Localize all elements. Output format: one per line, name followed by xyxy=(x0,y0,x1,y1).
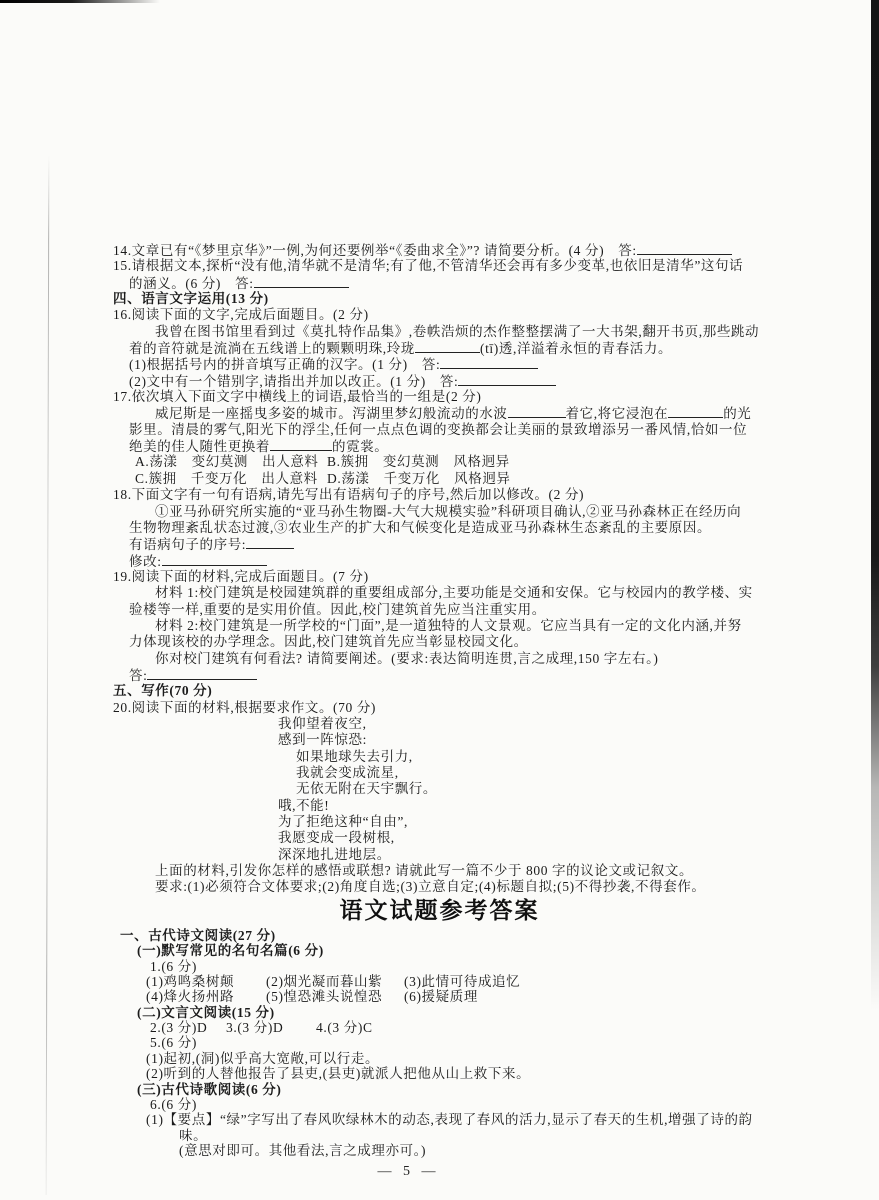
text-segment: 18.下面文字有一句有语病,请先写出有语病句子的序号,然后加以修改。(2 分) xyxy=(113,487,584,502)
text-segment: 15.请根据文本,探析“没有他,清华就不是清华;有了他,不管清华还会再有多少变革… xyxy=(113,258,743,273)
q20-poem-7: 为了拒绝这种“自由”, xyxy=(0,814,879,830)
text-segment: 我愿变成一段树根, xyxy=(278,830,395,845)
text-segment: (4)烽火扬州路 xyxy=(146,989,266,1004)
text-segment: (一)默写常见的名句名篇(6 分) xyxy=(137,943,324,958)
q16-passage-2: 着的音符就是流淌在五线谱上的颗颗明珠,玲珑(tī)透,洋溢着永恒的青春活力。 xyxy=(0,340,879,356)
text-segment: 哦,不能! xyxy=(278,798,329,813)
text-segment: D.荡漾 千变万化 风格迥异 xyxy=(327,471,511,486)
q17-options-ab: A.荡漾 变幻莫测 出人意料B.簇拥 变幻莫测 风格迥异 xyxy=(0,454,879,470)
text-segment: (5)惶恐滩头说惶恐 xyxy=(266,989,404,1004)
answers-part2-heading: (二)文言文阅读(15 分) xyxy=(0,1005,879,1020)
text-segment: (3)此情可待成追忆 xyxy=(404,974,520,989)
q20-poem-8: 我愿变成一段树根, xyxy=(0,830,879,846)
q20-line: 20.阅读下面的材料,根据要求作文。(70 分) xyxy=(0,700,879,716)
text-segment: 我仰望着夜空, xyxy=(278,716,367,731)
text-segment: 4.(3 分)C xyxy=(316,1020,373,1035)
answer-5-1: (1)起初,(洞)似乎高大宽敞,可以行走。 xyxy=(0,1051,879,1066)
q19-answer: 答: xyxy=(0,667,879,683)
text-segment: 力体现该校的办学理念。因此,校门建筑首先应当彰显校园文化。 xyxy=(129,634,528,649)
q18-answer-number: 有语病句子的序号: xyxy=(0,536,879,552)
answer-blank xyxy=(458,373,556,386)
text-segment: 的光 xyxy=(723,406,751,421)
answer-1-row-2: (4)烽火扬州路(5)惶恐滩头说惶恐(6)援疑质理 xyxy=(0,989,879,1004)
answer-blank xyxy=(147,667,257,680)
q18-passage-1: ①亚马孙研究所实施的“亚马孙生物圈-大气大规模实验”科研项目确认,②亚马孙森林正… xyxy=(0,504,879,520)
q17-passage-1: 威尼斯是一座摇曳多姿的城市。泻湖里梦幻般流动的水波着它,将它浸泡在的光 xyxy=(0,405,879,421)
q15-line-2: 的涵义。(6 分) 答: xyxy=(0,275,879,291)
q20-poem-5: 无依无附在天宇飘行。 xyxy=(0,781,879,797)
q19-material1-2: 验楼等一样,重要的是实用价值。因此,校门建筑首先应当注重实用。 xyxy=(0,602,879,618)
q19-line: 19.阅读下面的材料,完成后面题目。(7 分) xyxy=(0,569,879,585)
q19-material1-1: 材料 1:校门建筑是校园建筑群的重要组成部分,主要功能是交通和安保。它与校园内的… xyxy=(0,585,879,601)
answer-1-row-1: (1)鸡鸣桑树颠(2)烟光凝而暮山紫(3)此情可待成追忆 xyxy=(0,974,879,989)
text-segment: 生物物理紊乱状态过渡,③农业生产的扩大和气候变化是造成亚马孙森林生态紊乱的主要原… xyxy=(129,520,711,535)
text-segment: 的霓裳。 xyxy=(332,439,388,454)
text-segment: 我曾在图书馆里看到过《莫扎特作品集》,卷帙浩烦的杰作整整摆满了一大书架,翻开书页… xyxy=(155,324,759,339)
answer-blank xyxy=(246,536,294,549)
text-segment: (2)烟光凝而暮山紫 xyxy=(266,974,404,989)
q20-poem-3: 如果地球失去引力, xyxy=(0,749,879,765)
text-segment: 17.依次填入下面文字中横线上的词语,最恰当的一组是(2 分) xyxy=(113,389,481,404)
text-segment: 有语病句子的序号: xyxy=(129,537,246,552)
q16-line: 16.阅读下面的文字,完成后面题目。(2 分) xyxy=(0,307,879,323)
q17-passage-3: 绝美的佳人随性更换着的霓裳。 xyxy=(0,438,879,454)
text-segment: 上面的材料,引发你怎样的感悟或联想? 请就此写一篇不少于 800 字的议论文或记… xyxy=(155,863,693,878)
text-segment: 如果地球失去引力, xyxy=(296,749,413,764)
text-segment: 四、语言文字运用(13 分) xyxy=(113,291,269,306)
answers-section: 一、古代诗文阅读(27 分)(一)默写常见的名句名篇(6 分)1.(6 分)(1… xyxy=(0,928,879,1159)
text-segment: 验楼等一样,重要的是实用价值。因此,校门建筑首先应当注重实用。 xyxy=(129,602,546,617)
answer-blank xyxy=(162,553,267,566)
text-segment: (1)鸡鸣桑树颠 xyxy=(146,974,266,989)
text-segment: ①亚马孙研究所实施的“亚马孙生物圈-大气大规模实验”科研项目确认,②亚马孙森林正… xyxy=(155,504,741,519)
text-segment: 修改: xyxy=(129,554,162,569)
q20-poem-4: 我就会变成流星, xyxy=(0,765,879,781)
answer-5-2: (2)听到的人替他报告了县吏,(县吏)就派人把他从山上救下来。 xyxy=(0,1066,879,1081)
q20-prompt: 上面的材料,引发你怎样的感悟或联想? 请就此写一篇不少于 800 字的议论文或记… xyxy=(0,863,879,879)
answer-6-score: 6.(6 分) xyxy=(0,1097,879,1112)
section-4-heading: 四、语言文字运用(13 分) xyxy=(0,291,879,307)
text-segment: 的涵义。(6 分) 答: xyxy=(129,276,254,291)
text-segment: (tī)透,洋溢着永恒的青春活力。 xyxy=(480,341,672,356)
q18-line: 18.下面文字有一句有语病,请先写出有语病句子的序号,然后加以修改。(2 分) xyxy=(0,487,879,503)
q20-poem-6: 哦,不能! xyxy=(0,798,879,814)
answer-1-score: 1.(6 分) xyxy=(0,959,879,974)
text-segment: (三)古代诗歌阅读(6 分) xyxy=(137,1082,282,1097)
text-segment: 20.阅读下面的材料,根据要求作文。(70 分) xyxy=(113,700,376,715)
text-segment: 着的音符就是流淌在五线谱上的颗颗明珠,玲珑 xyxy=(129,341,415,356)
text-segment: (1)起初,(洞)似乎高大宽敞,可以行走。 xyxy=(146,1051,379,1066)
page-content: 14.文章已有“《梦里京华》”一例,为何还要例举“《委曲求全》”? 请简要分析。… xyxy=(0,0,879,1200)
text-segment: 感到一阵惊恐: xyxy=(278,732,367,747)
answer-blank xyxy=(415,340,480,353)
text-segment: B.簇拥 变幻莫测 风格迥异 xyxy=(327,454,510,469)
answer-blank xyxy=(254,275,349,288)
text-segment: 着它,将它浸泡在 xyxy=(566,406,669,421)
text-segment: (意思对即可。其他看法,言之成理亦可。) xyxy=(179,1143,426,1158)
q16-passage-1: 我曾在图书馆里看到过《莫扎特作品集》,卷帙浩烦的杰作整整摆满了一大书架,翻开书页… xyxy=(0,324,879,340)
answer-blank xyxy=(637,242,732,255)
text-segment: 材料 1:校门建筑是校园建筑群的重要组成部分,主要功能是交通和安保。它与校园内的… xyxy=(155,585,753,600)
q19-material2-2: 力体现该校的办学理念。因此,校门建筑首先应当彰显校园文化。 xyxy=(0,634,879,650)
answers-part1-heading: (一)默写常见的名句名篇(6 分) xyxy=(0,943,879,958)
answer-blank xyxy=(668,405,723,418)
q19-task: 你对校门建筑有何看法? 请简要阐述。(要求:表达简明连贯,言之成理,150 字左… xyxy=(0,651,879,667)
text-segment: 绝美的佳人随性更换着 xyxy=(129,439,270,454)
text-segment: 1.(6 分) xyxy=(150,959,197,974)
text-segment: 答: xyxy=(129,668,147,683)
q20-poem-9: 深深地扎进地层。 xyxy=(0,847,879,863)
page-number: — 5 — xyxy=(0,1164,817,1180)
scanned-exam-page: { "document": { "answers_title": "语文试题参考… xyxy=(0,0,879,1200)
q20-poem-1: 我仰望着夜空, xyxy=(0,716,879,732)
text-segment: 5.(6 分) xyxy=(150,1035,197,1050)
answer-6-1-line2: 味。 xyxy=(0,1128,879,1143)
q14-line: 14.文章已有“《梦里京华》”一例,为何还要例举“《委曲求全》”? 请简要分析。… xyxy=(0,242,879,258)
q20-requirements: 要求:(1)必须符合文体要求;(2)角度自选;(3)立意自定;(4)标题自拟;(… xyxy=(0,879,879,895)
answer-blank xyxy=(270,438,332,451)
text-segment: 一、古代诗文阅读(27 分) xyxy=(120,928,276,943)
q19-material2-1: 材料 2:校门建筑是一所学校的“门面”,是一道独特的人文景观。它应当具有一定的文… xyxy=(0,618,879,634)
answer-5-score: 5.(6 分) xyxy=(0,1035,879,1050)
q16-sub-1: (1)根据括号内的拼音填写正确的汉字。(1 分) 答: xyxy=(0,356,879,372)
exam-questions-section: 14.文章已有“《梦里京华》”一例,为何还要例举“《委曲求全》”? 请简要分析。… xyxy=(0,242,879,896)
text-segment: (1)【要点】“绿”字写出了春风吹绿林木的动态,表现了春风的活力,显示了春天的生… xyxy=(146,1112,753,1127)
q20-poem-2: 感到一阵惊恐: xyxy=(0,732,879,748)
answers-section-title: 语文试题参考答案 xyxy=(0,898,879,924)
answer-2-3-4: 2.(3 分)D3.(3 分)D4.(3 分)C xyxy=(0,1020,879,1035)
answer-6-note: (意思对即可。其他看法,言之成理亦可。) xyxy=(0,1143,879,1158)
text-segment: 深深地扎进地层。 xyxy=(278,847,391,862)
text-segment: 要求:(1)必须符合文体要求;(2)角度自选;(3)立意自定;(4)标题自拟;(… xyxy=(155,879,706,894)
answer-blank xyxy=(440,356,538,369)
text-segment: (1)根据括号内的拼音填写正确的汉字。(1 分) 答: xyxy=(129,357,440,372)
text-segment: 影里。清晨的雾气,阳光下的浮尘,任何一点点色调的变换都会让美丽的景致增添另一番风… xyxy=(129,422,747,437)
text-segment: 五、写作(70 分) xyxy=(113,683,212,698)
q15-line-1: 15.请根据文本,探析“没有他,清华就不是清华;有了他,不管清华还会再有多少变革… xyxy=(0,258,879,274)
text-segment: 16.阅读下面的文字,完成后面题目。(2 分) xyxy=(113,307,369,322)
answers-section1-heading: 一、古代诗文阅读(27 分) xyxy=(0,928,879,943)
q17-passage-2: 影里。清晨的雾气,阳光下的浮尘,任何一点点色调的变换都会让美丽的景致增添另一番风… xyxy=(0,422,879,438)
answer-blank xyxy=(508,405,566,418)
text-segment: (2)文中有一个错别字,请指出并加以改正。(1 分) 答: xyxy=(129,374,458,389)
text-segment: 无依无附在天宇飘行。 xyxy=(296,781,437,796)
text-segment: 2.(3 分)D xyxy=(150,1020,226,1035)
answer-6-1-line1: (1)【要点】“绿”字写出了春风吹绿林木的动态,表现了春风的活力,显示了春天的生… xyxy=(0,1112,879,1127)
q18-answer-fix: 修改: xyxy=(0,553,879,569)
text-segment: 为了拒绝这种“自由”, xyxy=(278,814,408,829)
text-segment: 3.(3 分)D xyxy=(226,1020,316,1035)
text-segment: 我就会变成流星, xyxy=(296,765,399,780)
text-segment: (2)听到的人替他报告了县吏,(县吏)就派人把他从山上救下来。 xyxy=(146,1066,530,1081)
section-5-heading: 五、写作(70 分) xyxy=(0,683,879,699)
q16-sub-2: (2)文中有一个错别字,请指出并加以改正。(1 分) 答: xyxy=(0,373,879,389)
q17-line: 17.依次填入下面文字中横线上的词语,最恰当的一组是(2 分) xyxy=(0,389,879,405)
text-segment: 你对校门建筑有何看法? 请简要阐述。(要求:表达简明连贯,言之成理,150 字左… xyxy=(155,651,659,666)
text-segment: A.荡漾 变幻莫测 出人意料 xyxy=(135,454,327,470)
text-segment: C.簇拥 千变万化 出人意料 xyxy=(135,471,327,487)
text-segment: (6)援疑质理 xyxy=(404,989,478,1004)
text-segment: 19.阅读下面的材料,完成后面题目。(7 分) xyxy=(113,569,369,584)
q17-options-cd: C.簇拥 千变万化 出人意料D.荡漾 千变万化 风格迥异 xyxy=(0,471,879,487)
text-segment: 14.文章已有“《梦里京华》”一例,为何还要例举“《委曲求全》”? 请简要分析。… xyxy=(113,243,637,258)
text-segment: 味。 xyxy=(179,1128,207,1143)
text-segment: (二)文言文阅读(15 分) xyxy=(137,1005,275,1020)
text-segment: 威尼斯是一座摇曳多姿的城市。泻湖里梦幻般流动的水波 xyxy=(155,406,508,421)
answers-part3-heading: (三)古代诗歌阅读(6 分) xyxy=(0,1082,879,1097)
text-segment: 材料 2:校门建筑是一所学校的“门面”,是一道独特的人文景观。它应当具有一定的文… xyxy=(155,618,742,633)
text-segment: 6.(6 分) xyxy=(150,1097,197,1112)
q18-passage-2: 生物物理紊乱状态过渡,③农业生产的扩大和气候变化是造成亚马孙森林生态紊乱的主要原… xyxy=(0,520,879,536)
